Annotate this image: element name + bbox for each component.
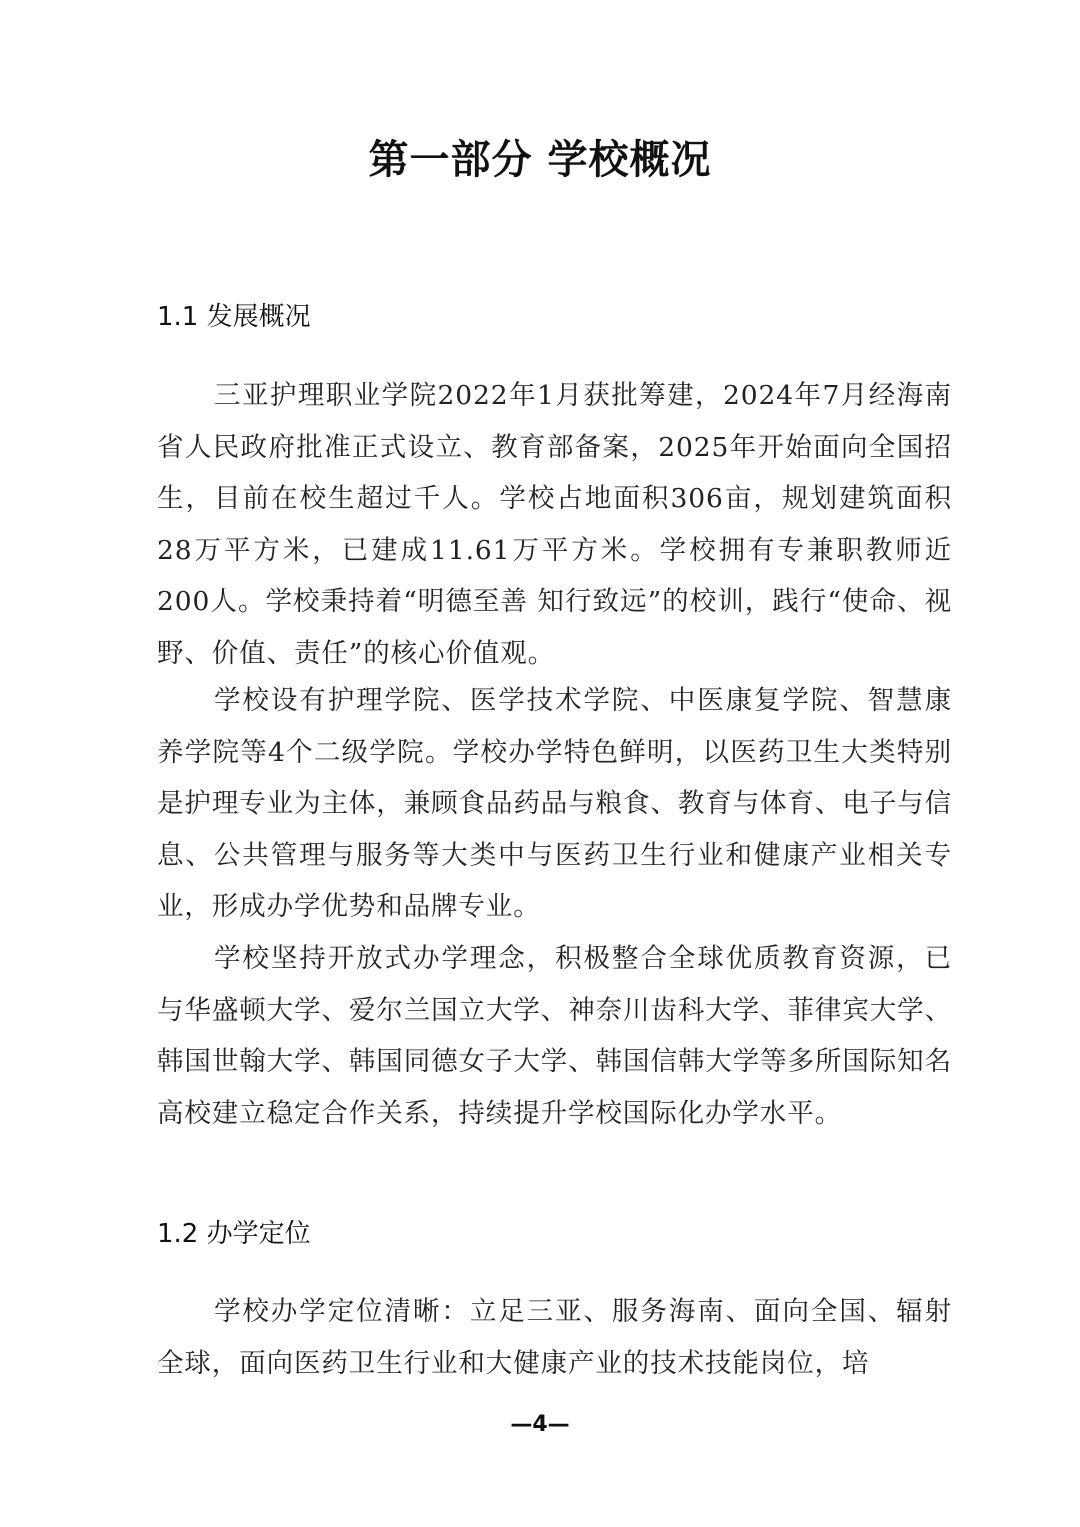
page-number: —4— [0, 1412, 1080, 1437]
paragraph-school-positioning: 学校办学定位清晰：立足三亚、服务海南、面向全国、辐射全球，面向医药卫生行业和大健… [157, 1286, 952, 1389]
paragraph-development-overview: 三亚护理职业学院2022年1月获批筹建，2024年7月经海南省人民政府批准正式设… [157, 370, 952, 679]
paragraph-international-cooperation: 学校坚持开放式办学理念，积极整合全球优质教育资源，已与华盛顿大学、爱尔兰国立大学… [157, 933, 952, 1139]
document-page: 第一部分 学校概况 1.1 发展概况 三亚护理职业学院2022年1月获批筹建，2… [0, 0, 1080, 1527]
paragraph-secondary-colleges: 学校设有护理学院、医学技术学院、中医康复学院、智慧康养学院等4个二级学院。学校办… [157, 675, 952, 933]
section-heading-1-2: 1.2 办学定位 [157, 1213, 311, 1250]
section-heading-1-1: 1.1 发展概况 [157, 296, 311, 333]
part-title: 第一部分 学校概况 [0, 128, 1080, 185]
